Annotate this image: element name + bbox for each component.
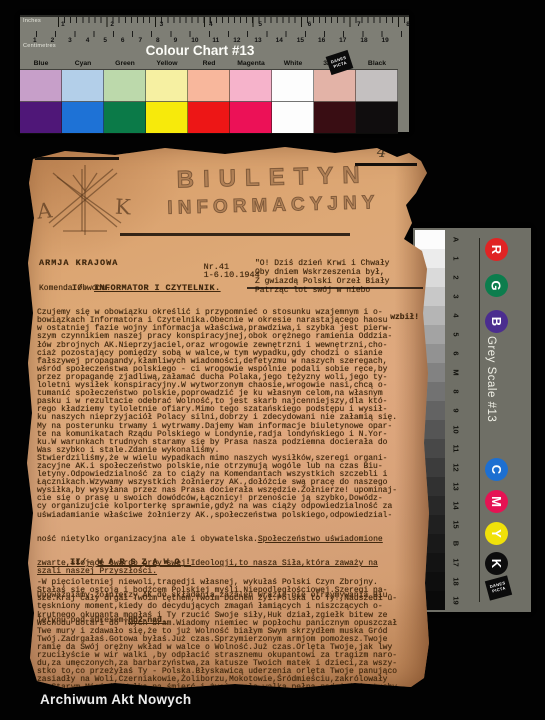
emblem-letter-k: K [114, 195, 131, 220]
solid-swatch [188, 102, 230, 133]
solid-swatch [230, 102, 272, 133]
inch-numbers: 12345678 [61, 21, 410, 28]
handwritten-page-number: 4 [376, 143, 387, 162]
swatch-label: Blue [20, 60, 62, 67]
pastel-swatch [20, 70, 62, 102]
solid-swatch [314, 102, 356, 133]
inch-number: 8 [406, 21, 410, 28]
section2-body: -W pięcioletniej niewoli,tragedji własne… [37, 563, 429, 709]
solid-swatch [146, 102, 188, 133]
section2-lines: -W pięcioletniej niewoli,tragedji własne… [37, 579, 429, 692]
cm-number: 2 [51, 37, 55, 44]
section1-heading-text: INFORMATOR I CZYTELNIK. [94, 283, 221, 293]
pastel-swatch [272, 70, 314, 102]
colour-chart: Inches Centimetres 12345678 123456789101… [20, 15, 409, 132]
channel-badge-letter: Y [489, 529, 504, 538]
inch-number: 6 [308, 21, 312, 28]
pastel-swatch [104, 70, 146, 102]
channel-badge: G [485, 274, 508, 297]
grey-scale-divider [479, 238, 480, 602]
cm-number: 16 [318, 37, 325, 44]
swatch-label: Yellow [146, 60, 188, 67]
pastel-swatch-row [20, 69, 398, 102]
inch-number: 2 [110, 21, 114, 28]
body-line: uświadamianie właściwe żołnierzy AK.,spo… [37, 512, 427, 520]
cm-number: 18 [360, 37, 367, 44]
channel-badge-letter: G [489, 280, 504, 290]
ak-emblem: A K [33, 161, 137, 241]
body-text: ność nietylko organizacyjna ale i obywat… [37, 535, 258, 544]
inch-number: 1 [61, 21, 65, 28]
document-page: 4 A K BIULETYN INFORMACYJNY ARMJA KRAJOW… [25, 143, 431, 690]
channel-badge: M [485, 490, 508, 513]
pastel-swatch [230, 70, 272, 102]
masthead-line2: INFORMACYJNY [143, 190, 404, 223]
solid-swatch [356, 102, 398, 133]
ink-dash [35, 157, 119, 160]
cm-number: 17 [339, 37, 346, 44]
solid-swatch [62, 102, 104, 133]
channel-badge: R [485, 238, 508, 261]
inch-number: 5 [258, 21, 262, 28]
channel-badge-letter: C [489, 465, 504, 474]
channel-badge-letter: M [489, 496, 504, 507]
swatch-label: Magenta [230, 60, 272, 67]
section1-lines: Czujemy się w obowiązku określić i przyp… [37, 309, 427, 519]
grey-scale-strip: A 1 2 3 4 5 6 M [413, 228, 531, 612]
grey-scale-title: Grey Scale #13 [485, 336, 497, 456]
inches-label: Inches [23, 18, 41, 24]
grey-scale-row: A [415, 230, 467, 249]
archival-scan: Inches Centimetres 12345678 123456789101… [0, 0, 545, 720]
solid-swatch [104, 102, 146, 133]
archive-caption: Archiwum Akt Nowych [40, 692, 191, 707]
inch-number: 3 [160, 21, 164, 28]
swatch-label: Cyan [62, 60, 104, 67]
colour-chart-title: Colour Chart #13 [90, 43, 310, 58]
verse-lines: "O! Dziś dzień Krwi i ChwałyOby dniem Ws… [255, 259, 423, 295]
underlined-text: Społeczeństwo uświadomione [258, 535, 383, 544]
channel-badge-letter: K [489, 559, 504, 568]
section1-heading-prefix: I/- [72, 283, 94, 293]
issuer-name: ARMJA KRAJOWA [39, 259, 118, 267]
verse-line: Z gwiazdą Polski Orzeł Biały [255, 277, 423, 286]
cm-number: 19 [382, 37, 389, 44]
cm-number: 3 [68, 37, 72, 44]
body-line: ność nietylko organizacyjna ale i obywat… [37, 536, 427, 544]
pastel-swatch [146, 70, 188, 102]
verse-rule [247, 287, 423, 289]
swatch-label: White [272, 60, 314, 67]
grey-step-label: 19 [452, 590, 461, 612]
solid-swatch-row [20, 101, 398, 134]
issuer-rule [25, 143, 239, 144]
solid-swatch [272, 102, 314, 133]
masthead-rule [120, 233, 350, 236]
verse-line: "O! Dziś dzień Krwi i Chwały [255, 259, 423, 268]
danes-picta-logo: DANES PICTA [485, 575, 512, 600]
channel-badge: Y [485, 522, 508, 545]
brand-line2: PICTA [492, 586, 506, 594]
verse-line: Oby dniem Wskrzeszenia był, [255, 268, 423, 277]
swatch-label: Red [188, 60, 230, 67]
inch-number: 4 [209, 21, 213, 28]
pastel-swatch [62, 70, 104, 102]
swatch-label: Black [356, 60, 398, 67]
grey-patch [415, 230, 445, 249]
cm-number: 4 [86, 37, 90, 44]
pastel-swatch [356, 70, 398, 102]
swatch-label: Green [104, 60, 146, 67]
emblem-letter-a: A [36, 198, 54, 223]
channel-badge: C [485, 458, 508, 481]
channel-badge: B [485, 310, 508, 333]
inch-number: 7 [357, 21, 361, 28]
channel-badge: K [485, 552, 508, 575]
pastel-swatch [314, 70, 356, 102]
channel-badge-letter: B [489, 317, 504, 326]
masthead: BIULETYN INFORMACYJNY [142, 160, 403, 223]
solid-swatch [20, 102, 62, 133]
channel-badge-letter: R [489, 245, 504, 254]
cm-number: 1 [33, 37, 37, 44]
pastel-swatch [188, 70, 230, 102]
